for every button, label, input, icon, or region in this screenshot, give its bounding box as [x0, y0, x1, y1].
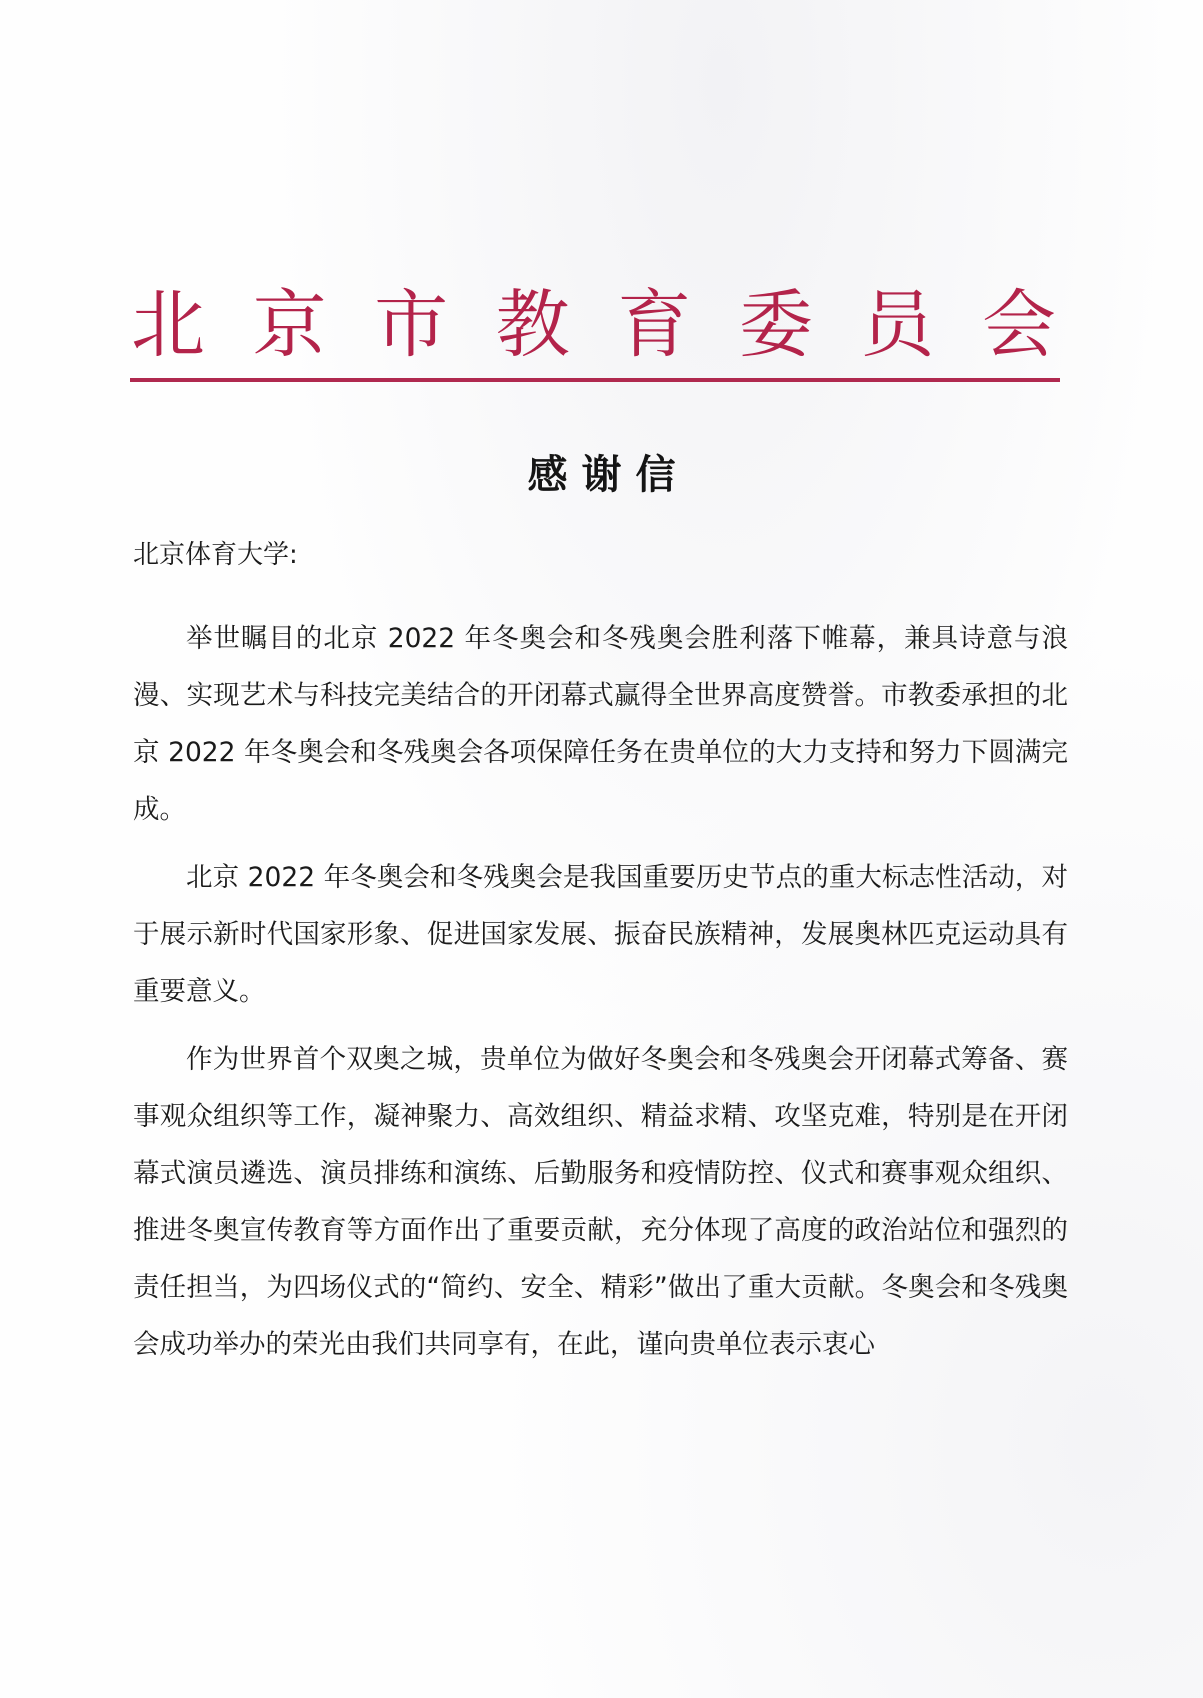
letterhead-divider	[130, 378, 1060, 382]
document-title: 感谢信	[0, 447, 1203, 503]
letterhead-char: 市	[374, 280, 448, 370]
body-paragraph: 北京 2022 年冬奥会和冬残奥会是我国重要历史节点的重大标志性活动，对于展示新…	[133, 849, 1068, 1020]
letterhead-char: 会	[982, 280, 1056, 370]
letterhead-char: 委	[739, 280, 813, 370]
body-paragraph: 举世瞩目的北京 2022 年冬奥会和冬残奥会胜利落下帷幕，兼具诗意与浪漫、实现艺…	[133, 610, 1068, 838]
salutation: 北京体育大学:	[133, 535, 298, 575]
letterhead-char: 京	[253, 280, 327, 370]
letterhead-org-name: 北 京 市 教 育 委 员 会	[131, 280, 1056, 370]
body-paragraph: 作为世界首个双奥之城，贵单位为做好冬奥会和冬残奥会开闭幕式筹备、赛事观众组织等工…	[133, 1031, 1068, 1373]
letterhead-char: 北	[131, 280, 205, 370]
letter-page: 北 京 市 教 育 委 员 会 感谢信 北京体育大学: 举世瞩目的北京 2022…	[0, 0, 1203, 1698]
letterhead-char: 育	[617, 280, 691, 370]
letterhead-char: 员	[860, 280, 934, 370]
letterhead-char: 教	[496, 280, 570, 370]
letter-body: 举世瞩目的北京 2022 年冬奥会和冬残奥会胜利落下帷幕，兼具诗意与浪漫、实现艺…	[133, 610, 1068, 1384]
